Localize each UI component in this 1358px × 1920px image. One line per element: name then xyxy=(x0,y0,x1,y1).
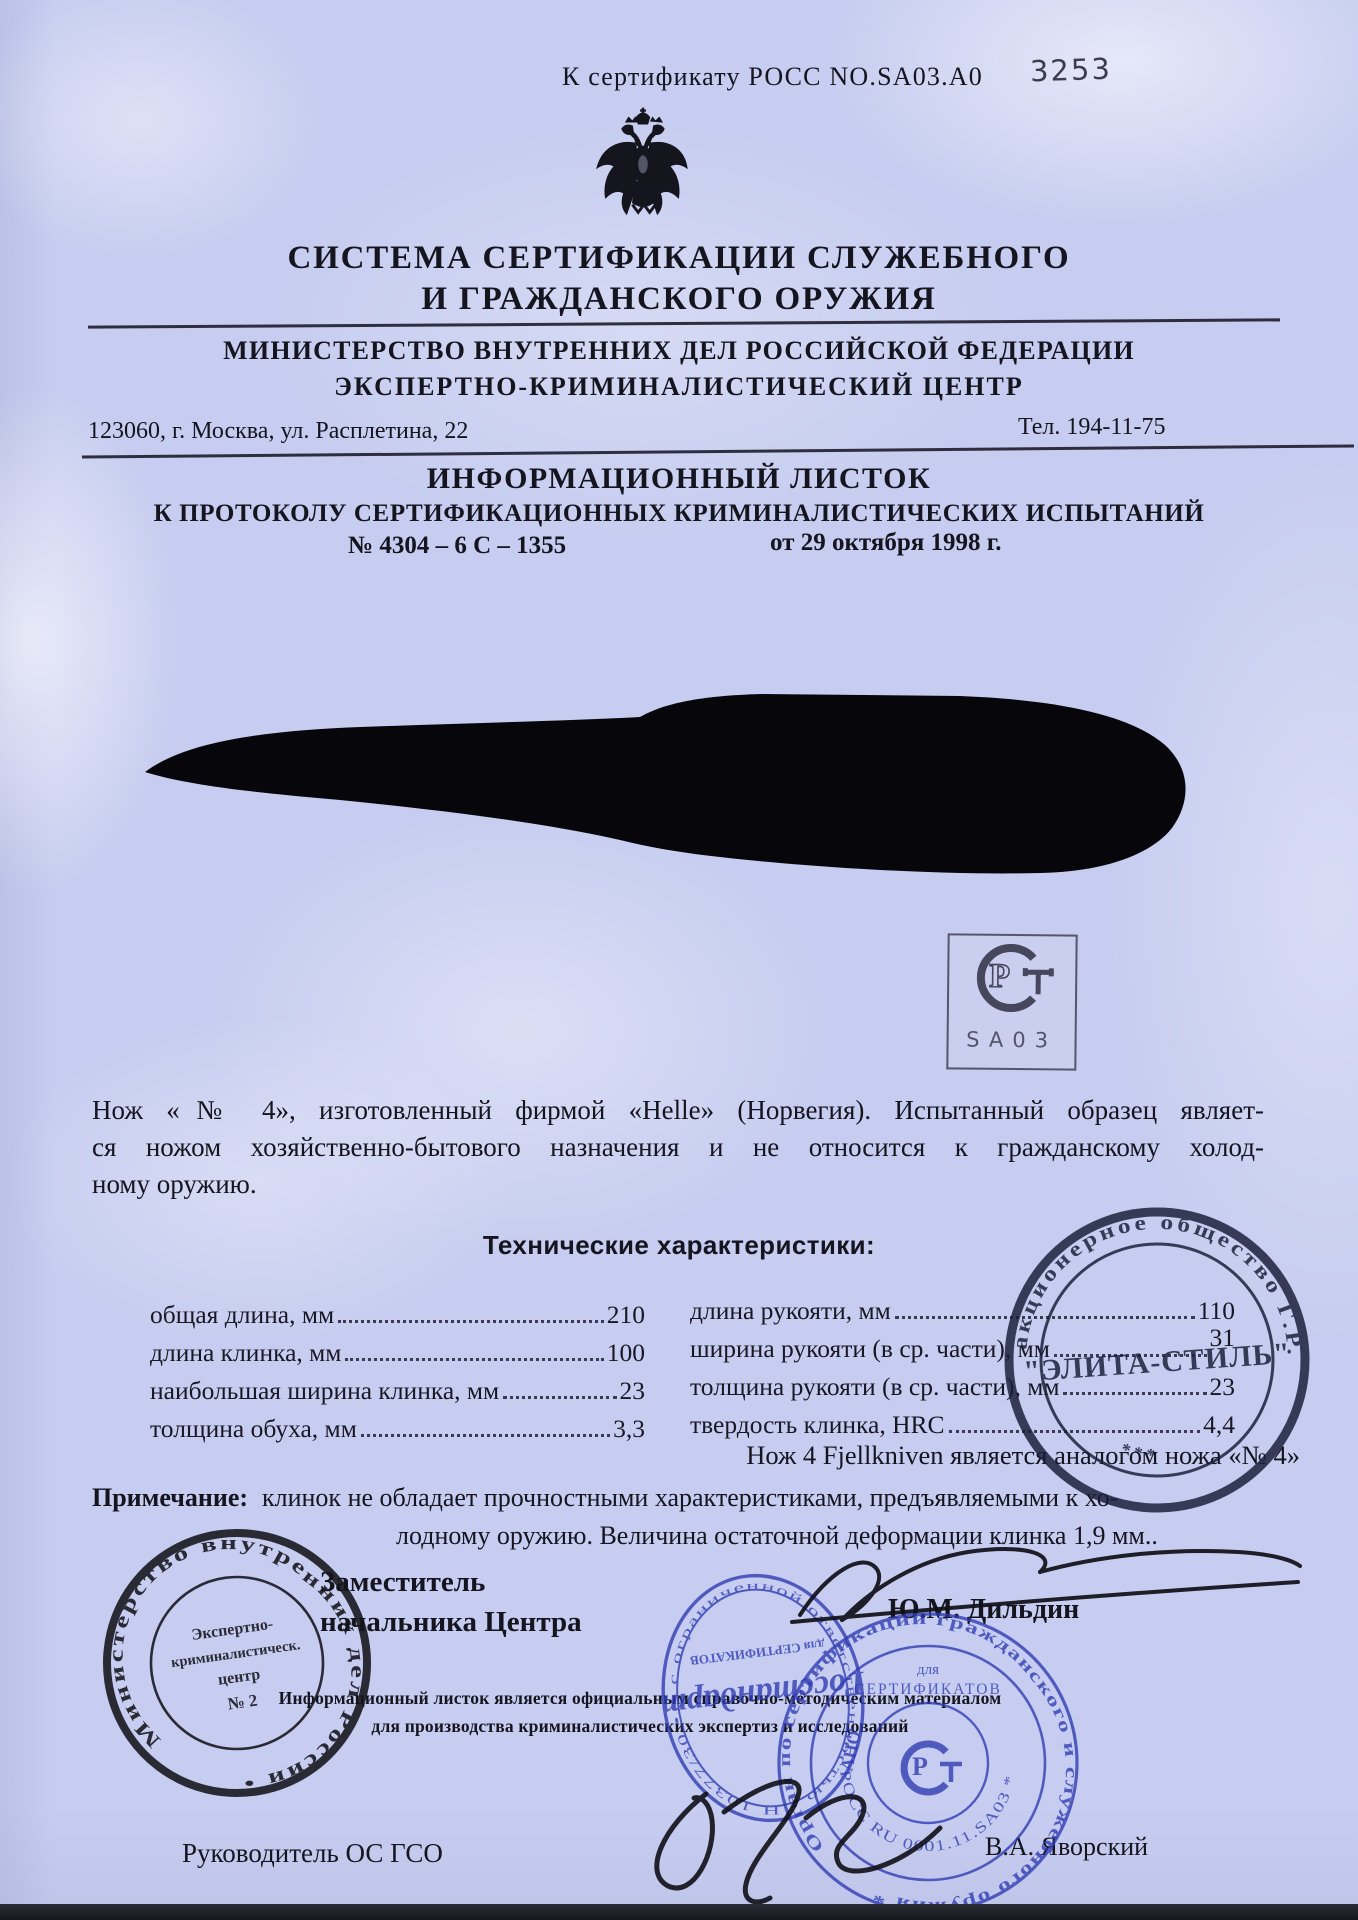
svg-text:Орган по сертификации гражданс: Орган по сертификации гражданского и слу… xyxy=(775,1609,1081,1917)
oval-stamp-center-text: Госстандарт xyxy=(659,1664,868,1726)
mvd-round-stamp: Министерство внутренних дел России • Экс… xyxy=(89,1514,384,1812)
mvd-stamp-line4: № 2 xyxy=(226,1691,258,1714)
elita-stil-stamp: акционерное общество Г.Р. * * * "ЭЛИТА-С… xyxy=(1007,1210,1307,1508)
blue-cert-round-stamp: Орган по сертификации гражданского и слу… xyxy=(775,1609,1081,1917)
svg-text:Р: Р xyxy=(912,1752,928,1781)
elita-stamp-ring-text: акционерное общество Г.Р. xyxy=(1007,1210,1307,1359)
scan-bottom-edge xyxy=(0,1904,1358,1920)
cert-stamp-for-text: для xyxy=(917,1662,939,1678)
cert-stamp-ring-text: Орган по сертификации гражданского и слу… xyxy=(775,1609,1081,1917)
deputy-signature xyxy=(792,1549,1300,1622)
elita-stamp-center-text: "ЭЛИТА-СТИЛЬ" xyxy=(1022,1337,1291,1389)
cert-stamp-ano-text: АНО xyxy=(836,1729,864,1773)
mvd-stamp-line2: криминалистическ. xyxy=(170,1637,301,1671)
svg-text:* * *: * * * xyxy=(1118,1439,1156,1465)
svg-text:Министерство внутренних дел Ро: Министерство внутренних дел России • xyxy=(89,1514,384,1812)
mvd-stamp-line3: центр xyxy=(217,1666,262,1689)
stamps-and-signatures-layer: Министерство внутренних дел России • Экс… xyxy=(0,0,1358,1920)
oval-stamp-small-text: для СЕРТИФИКАТОВ xyxy=(689,1637,825,1668)
cert-stamp-certs-text: СЕРТИФИКАТОВ xyxy=(854,1681,1002,1698)
svg-text:акционерное общество Г.Р.: акционерное общество Г.Р. xyxy=(1007,1210,1307,1359)
mvd-stamp-ring-text: Министерство внутренних дел России • xyxy=(89,1514,384,1812)
cert-stamp-rst-logo: Р xyxy=(904,1744,962,1792)
scanned-certificate-page: К сертификату РОСС NO.SA03.А0 3253 СИСТЕ… xyxy=(0,0,1358,1920)
elita-stamp-bottom-text: * * * xyxy=(1118,1439,1156,1465)
mvd-stamp-line1: Экспертно- xyxy=(190,1616,274,1644)
